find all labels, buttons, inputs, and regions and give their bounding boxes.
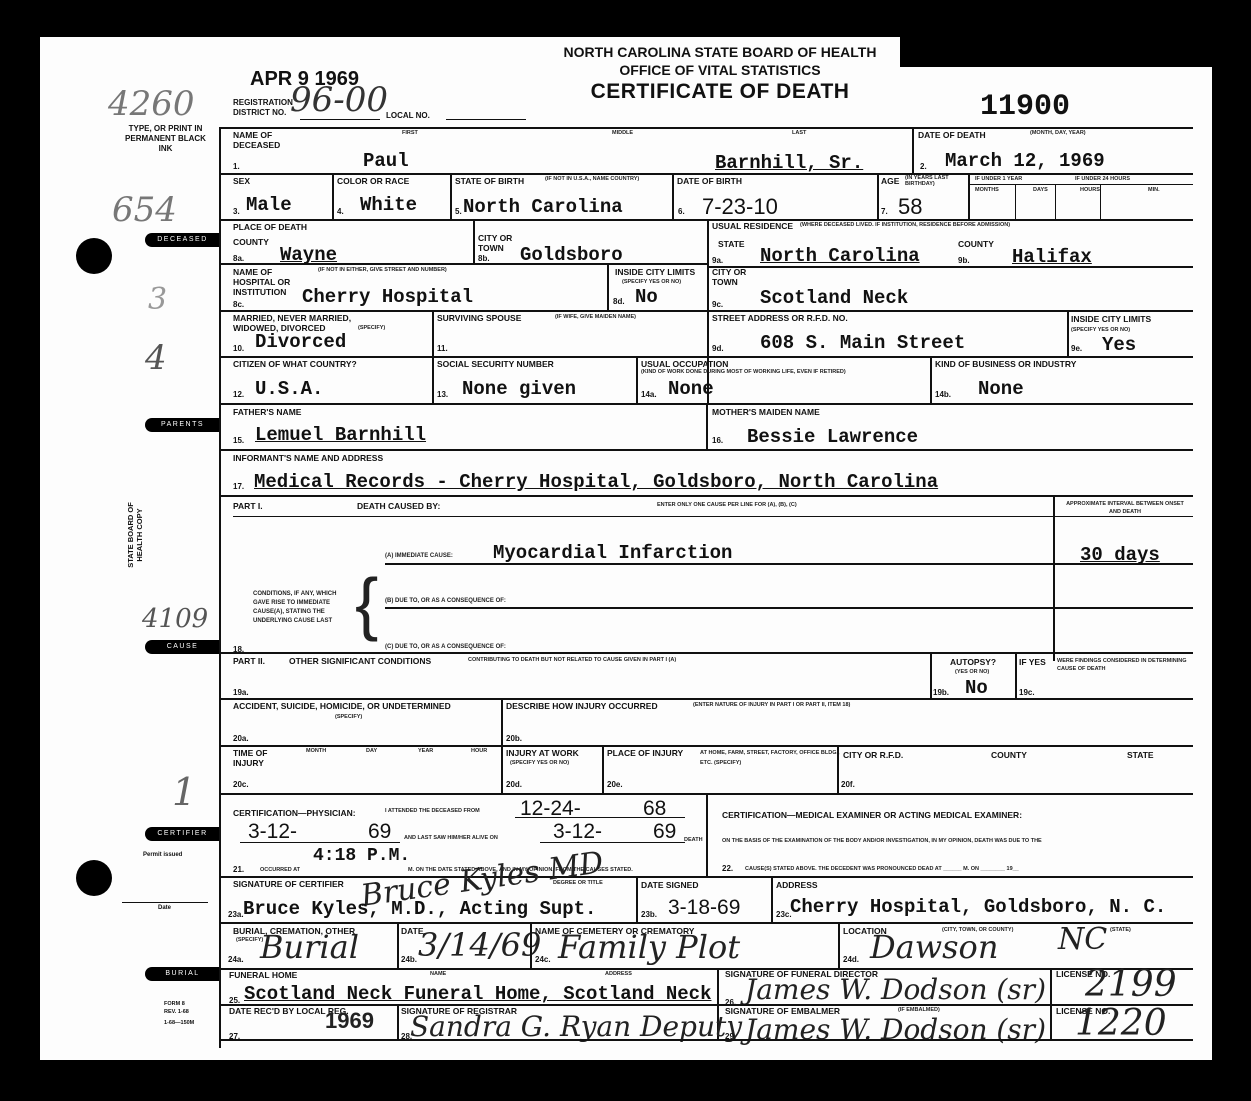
embalmer-license-value: 1220 [1075, 1003, 1167, 1044]
other-conditions-sub: CONTRIBUTING TO DEATH BUT NOT RELATED TO… [468, 657, 676, 663]
margin-note-4109: 4109 [142, 604, 208, 634]
marital-sub: (SPECIFY) [358, 325, 385, 331]
margin-note-654: 654 [112, 190, 177, 230]
hour-label: HOUR [471, 748, 487, 754]
item-number: 23a. [228, 910, 244, 919]
days-label: DAYS [1033, 187, 1048, 193]
divider [602, 746, 604, 793]
divider [1067, 311, 1069, 357]
location-value: Dawson [870, 928, 998, 966]
embalmer-signature: James W. Dodson (sr) [745, 1013, 1046, 1046]
res-inside-label: INSIDE CITY LIMITS [1071, 314, 1151, 324]
item-number: 19c. [1019, 688, 1035, 697]
death-label: DEATH [684, 837, 703, 843]
divider [219, 698, 1193, 700]
age-sub: (IN YEARS LAST BIRTHDAY) [905, 175, 967, 187]
month-label: MONTH [306, 748, 326, 754]
divider [240, 842, 400, 843]
divider [771, 877, 773, 923]
signature-label: SIGNATURE OF CERTIFIER [233, 879, 344, 889]
item-number: 23b. [641, 910, 657, 919]
res-state-label: STATE [718, 239, 745, 249]
immediate-cause-label: (a) IMMEDIATE CAUSE: [385, 553, 453, 559]
divider [385, 607, 1193, 609]
sex-value: Male [246, 194, 292, 216]
funeral-home-label: FUNERAL HOME [229, 970, 297, 980]
item-number: 8d. [613, 297, 625, 306]
divider [219, 356, 1193, 358]
item-number: 1. [233, 162, 240, 171]
hospital-label: NAME OF HOSPITAL OR INSTITUTION [233, 267, 303, 297]
ssn-value: None given [462, 378, 576, 400]
divider [219, 219, 1193, 221]
deceased-first-name: Paul [363, 150, 409, 172]
date-of-death-value: March 12, 1969 [945, 150, 1105, 172]
divider [432, 357, 434, 404]
item-number: 5. [455, 207, 462, 216]
permit-issued-label: Permit issued [143, 852, 182, 858]
degree-label: DEGREE OR TITLE [553, 880, 603, 886]
due-to-c-label: (c) DUE TO, OR AS A CONSEQUENCE OF: [385, 644, 506, 650]
res-city-label: CITY OR TOWN [712, 267, 752, 287]
certifier-address-value: Cherry Hospital, Goldsboro, N. C. [790, 896, 1166, 918]
margin-note-4: 4 [145, 338, 167, 378]
item-number: 24d. [843, 955, 859, 964]
divider [332, 174, 334, 220]
accident-label: ACCIDENT, SUICIDE, HOMICIDE, OR UNDETERM… [233, 701, 451, 711]
attended-to-date: 3-12- [248, 820, 297, 844]
divider [707, 266, 1193, 268]
mother-label: MOTHER'S MAIDEN NAME [712, 407, 820, 417]
date-of-death-sub: (MONTH, DAY, YEAR) [1030, 130, 1086, 136]
part1-label: PART I. [233, 501, 263, 511]
hospital-sub: (IF NOT IN EITHER, GIVE STREET AND NUMBE… [318, 267, 447, 273]
informant-value: Medical Records - Cherry Hospital, Golds… [254, 471, 938, 493]
address-label: ADDRESS [776, 880, 818, 890]
item-number: 21. [233, 865, 244, 874]
race-label: COLOR OR RACE [337, 176, 409, 186]
divider [930, 357, 932, 404]
item-number: 6. [678, 207, 685, 216]
registration-district-label: REGISTRATION DISTRICT NO. [233, 98, 308, 118]
divider [385, 563, 1193, 565]
date-of-death-label: DATE OF DEATH [918, 130, 986, 140]
margin-note-1: 1 [172, 770, 196, 814]
item-number: 10. [233, 344, 244, 353]
item-number: 16. [712, 436, 723, 445]
year-label: YEAR [418, 748, 433, 754]
city-rfd-label: CITY OR R.F.D. [843, 750, 903, 760]
inside-limits-value: No [635, 286, 658, 308]
injury-at-work-label: INJURY AT WORK [506, 748, 579, 758]
divider [930, 653, 932, 699]
citizen-value: U.S.A. [255, 378, 323, 400]
residence-sub: (WHERE DECEASED LIVED. IF INSTITUTION, R… [800, 222, 1010, 228]
divider [912, 128, 914, 174]
item-number: 8c. [233, 300, 244, 309]
me-text-2: CAUSE(S) STATED ABOVE. THE DECEDENT WAS … [745, 866, 1019, 872]
street-value: 608 S. Main Street [760, 332, 965, 354]
place-of-injury-label: PLACE OF INJURY [607, 748, 683, 758]
binder-hole [76, 860, 112, 896]
item-number: 14b. [935, 390, 951, 399]
ssn-label: SOCIAL SECURITY NUMBER [437, 359, 554, 369]
brace-glyph: { [355, 568, 378, 638]
findings-label: WERE FINDINGS CONSIDERED IN DETERMINING … [1057, 657, 1192, 673]
date-line [122, 902, 208, 903]
occupation-value: None [668, 378, 714, 400]
part2-label: PART II. [233, 656, 265, 666]
divider [540, 842, 685, 843]
item-number: 20a. [233, 734, 249, 743]
business-label: KIND OF BUSINESS OR INDUSTRY [935, 359, 1076, 369]
item-number: 22. [722, 864, 733, 873]
date-recd-stamp: 1969 [325, 1008, 374, 1034]
item-number: 7. [881, 207, 888, 216]
item-number: 8a. [233, 254, 244, 263]
under-24h-label: IF UNDER 24 HOURS [1075, 176, 1130, 182]
divider [432, 311, 434, 357]
form-left-border [219, 128, 221, 1048]
divider [219, 173, 1193, 175]
item-number: 12. [233, 390, 244, 399]
res-inside-value: Yes [1102, 334, 1136, 356]
street-label: STREET ADDRESS OR R.F.D. No. [712, 313, 848, 323]
item-number: 9e. [1071, 344, 1082, 353]
hospital-value: Cherry Hospital [302, 286, 473, 308]
divider [219, 310, 1193, 312]
divider [397, 923, 399, 969]
local-no-label: LOCAL NO. [386, 111, 430, 121]
injury-county-label: COUNTY [991, 750, 1027, 760]
divider [672, 174, 674, 220]
agency-line-1: NORTH CAROLINA STATE BOARD OF HEALTH [520, 44, 920, 60]
margin-note-4260: 4260 [108, 84, 195, 124]
me-cert-label: CERTIFICATION—MEDICAL EXAMINER OR ACTING… [722, 810, 1022, 820]
residence-label: USUAL RESIDENCE [712, 221, 793, 231]
res-inside-sub: (SPECIFY YES OR NO) [1071, 327, 1130, 333]
autopsy-label: AUTOPSY? [950, 657, 996, 667]
spouse-sub: (IF WIFE, GIVE MAIDEN NAME) [555, 314, 636, 320]
divider [837, 746, 839, 793]
accident-sub: (SPECIFY) [335, 714, 362, 720]
conditions-note: CONDITIONS, IF ANY, WHICH GAVE RISE TO I… [253, 590, 343, 626]
dob-value: 7-23-10 [702, 194, 778, 220]
county-label: COUNTY [233, 237, 269, 247]
cemetery-value: Family Plot [558, 928, 740, 966]
physician-cert-label: CERTIFICATION—PHYSICIAN: [233, 808, 356, 818]
informant-label: INFORMANT'S NAME AND ADDRESS [233, 453, 383, 463]
divider [219, 652, 1193, 654]
form-info: FORM 8 REV. 1-68 1-68—150M [164, 1000, 194, 1027]
divider [219, 263, 707, 265]
item-number: 20d. [506, 780, 522, 789]
state-board-copy-note: STATE BOARD OF HEALTH COPY [126, 495, 144, 575]
funeral-director-signature: James W. Dodson (sr) [745, 973, 1046, 1006]
due-to-b-label: (b) DUE TO, OR AS A CONSEQUENCE OF: [385, 598, 506, 604]
name-label: NAME OF DECEASED [233, 130, 293, 150]
residence-county-value: Halifax [1012, 246, 1092, 268]
section-tab-parents: PARENTS [145, 418, 220, 432]
item-number: 19b. [933, 688, 949, 697]
funeral-home-name-label: NAME [430, 971, 446, 977]
immediate-cause-value: Myocardial Infarction [493, 542, 732, 564]
funeral-home-value: Scotland Neck Funeral Home, Scotland Nec… [244, 983, 711, 1005]
inside-limits-sub: (SPECIFY YES OR NO) [622, 279, 681, 285]
burial-date-value: 3/14/69 [418, 926, 541, 964]
section-tab-deceased: DECEASED [145, 233, 220, 247]
divider [968, 184, 1193, 185]
autopsy-sub: (YES OR NO) [955, 669, 989, 675]
interval-label: APPROXIMATE INTERVAL BETWEEN ONSET AND D… [1060, 500, 1190, 516]
months-label: MONTHS [975, 187, 999, 193]
item-number: 8b. [478, 254, 490, 263]
divider [968, 174, 970, 220]
last-saw-year: 69 [653, 820, 676, 844]
divider [219, 1004, 1193, 1006]
certificate-number: 11900 [980, 90, 1070, 124]
item-number: 13. [437, 390, 448, 399]
occupation-label: USUAL OCCUPATION [641, 359, 728, 369]
min-label: MIN. [1148, 187, 1160, 193]
state-of-birth-label: STATE OF BIRTH [455, 176, 524, 186]
last-label: LAST [792, 130, 806, 136]
divider [1100, 184, 1101, 220]
residence-city-value: Scotland Neck [760, 287, 908, 309]
place-of-injury-sub: AT HOME, FARM, STREET, FACTORY, OFFICE B… [700, 748, 840, 768]
item-number: 9c. [712, 300, 723, 309]
divider [515, 817, 685, 818]
last-saw-date: 3-12- [553, 820, 602, 844]
divider [1015, 184, 1016, 220]
divider [219, 922, 1193, 924]
divider [1053, 496, 1055, 661]
director-license-value: 2199 [1085, 964, 1177, 1005]
death-caused-by-label: DEATH CAUSED BY: [357, 501, 440, 511]
item-number: 20e. [607, 780, 623, 789]
section-tab-certifier: CERTIFIER [145, 827, 220, 841]
item-number: 17. [233, 482, 244, 491]
under-1yr-label: IF UNDER 1 YEAR [975, 176, 1022, 182]
day-label: DAY [366, 748, 377, 754]
section-tab-burial: BURIAL [145, 967, 220, 981]
residence-state-value: North Carolina [760, 245, 920, 267]
scan-edge [900, 37, 1212, 67]
item-number: 2. [920, 162, 927, 171]
me-text-1: ON THE BASIS OF THE EXAMINATION OF THE B… [722, 838, 1042, 844]
section-tab-cause: CAUSE [145, 640, 220, 654]
father-name-value: Lemuel Barnhill [255, 424, 426, 446]
item-number: 3. [233, 207, 240, 216]
divider [233, 516, 1193, 517]
item-number: 19a. [233, 688, 249, 697]
item-number: 24c. [535, 955, 551, 964]
divider [1055, 184, 1056, 220]
divider [219, 1039, 1193, 1041]
time-of-injury-label: TIME OF INJURY [233, 748, 283, 768]
divider [219, 449, 1193, 451]
father-label: FATHER'S NAME [233, 407, 301, 417]
item-number: 9b. [958, 256, 970, 265]
divider [877, 174, 879, 220]
dob-label: DATE OF BIRTH [677, 176, 742, 186]
date-signed-label: DATE SIGNED [641, 880, 698, 890]
agency-line-2: OFFICE OF VITAL STATISTICS [520, 62, 920, 78]
margin-note-3: 3 [148, 282, 167, 317]
divider [219, 968, 1193, 970]
enter-one-cause-note: ENTER ONLY ONE CAUSE PER LINE FOR (a), (… [657, 502, 797, 508]
occurred-at-label: OCCURRED AT [260, 867, 300, 873]
res-county-label: COUNTY [958, 239, 994, 249]
item-number: 20f. [841, 780, 855, 789]
describe-injury-label: DESCRIBE HOW INJURY OCCURRED [506, 701, 658, 711]
state-of-birth-value: North Carolina [463, 196, 623, 218]
ink-instruction: TYPE, OR PRINT IN PERMANENT BLACK INK [118, 124, 213, 154]
certifier-name-value: Bruce Kyles, M.D., Acting Supt. [243, 898, 596, 920]
business-value: None [978, 378, 1024, 400]
permit-date-label: Date [158, 905, 171, 911]
divider [530, 923, 532, 969]
injury-state-label: STATE [1127, 750, 1154, 760]
citizen-label: CITIZEN OF WHAT COUNTRY? [233, 359, 357, 369]
autopsy-value: No [965, 677, 988, 699]
divider [397, 1005, 399, 1039]
marital-value: Divorced [255, 331, 346, 353]
divider [473, 220, 475, 264]
divider [706, 404, 708, 450]
funeral-home-address-label: ADDRESS [605, 971, 632, 977]
divider [450, 174, 452, 220]
divider [636, 877, 638, 923]
if-yes-label: IF YES [1019, 657, 1046, 667]
form-top-border [219, 127, 1193, 129]
hours-label: HOURS [1080, 187, 1100, 193]
item-number: 11. [437, 344, 448, 353]
district-line [300, 119, 380, 120]
divider [219, 495, 1193, 497]
location-state-value: NC [1058, 922, 1107, 957]
item-number: 9a. [712, 256, 723, 265]
item-number: 24a. [228, 955, 244, 964]
divider [706, 794, 708, 876]
location-state-label: (STATE) [1110, 927, 1131, 933]
item-number: 9d. [712, 344, 724, 353]
sex-label: SEX [233, 176, 250, 186]
spouse-label: SURVIVING SPOUSE [437, 313, 521, 323]
burial-method-value: Burial [260, 928, 359, 966]
middle-label: MIDDLE [612, 130, 633, 136]
local-no-line [446, 119, 526, 120]
item-number: 14a. [641, 390, 657, 399]
item-number: 20b. [506, 734, 522, 743]
divider [838, 923, 840, 969]
interval-value: 30 days [1080, 544, 1160, 566]
age-label: AGE [881, 176, 899, 186]
first-label: FIRST [402, 130, 418, 136]
other-conditions-label: OTHER SIGNIFICANT CONDITIONS [289, 656, 431, 666]
document-title: CERTIFICATE OF DEATH [520, 80, 920, 104]
city-label: CITY OR TOWN [478, 233, 518, 253]
attended-to-year: 69 [368, 820, 391, 844]
item-number: 24b. [401, 955, 417, 964]
time-of-death-value: 4:18 P.M. [313, 846, 410, 866]
race-value: White [360, 194, 417, 216]
injury-at-work-sub: (SPECIFY YES OR NO) [510, 760, 569, 766]
date-signed-value: 3-18-69 [668, 896, 740, 920]
divider [636, 357, 638, 404]
item-number: 20c. [233, 780, 249, 789]
deceased-last-name: Barnhill, Sr. [715, 152, 863, 174]
describe-injury-sub: (ENTER NATURE OF INJURY IN PART I OR PAR… [693, 702, 850, 708]
scan-bottom-edge [40, 1060, 1212, 1101]
binder-hole [76, 238, 112, 274]
divider [219, 745, 1193, 747]
item-number: 15. [233, 436, 244, 445]
inside-limits-label: INSIDE CITY LIMITS [615, 267, 695, 277]
divider [607, 264, 609, 310]
attended-label: I ATTENDED THE DECEASED FROM [385, 808, 480, 814]
age-value: 58 [898, 194, 922, 220]
last-saw-label: AND LAST SAW HIM/HER ALIVE ON [404, 835, 498, 841]
mother-name-value: Bessie Lawrence [747, 426, 918, 448]
state-of-birth-sub: (IF NOT IN U.S.A., NAME COUNTRY) [545, 176, 655, 182]
item-number: 4. [337, 207, 344, 216]
occupation-sub: (KIND OF WORK DONE DURING MOST OF WORKIN… [641, 369, 891, 375]
divider [1015, 653, 1017, 699]
place-of-death-label: PLACE OF DEATH [233, 222, 307, 232]
